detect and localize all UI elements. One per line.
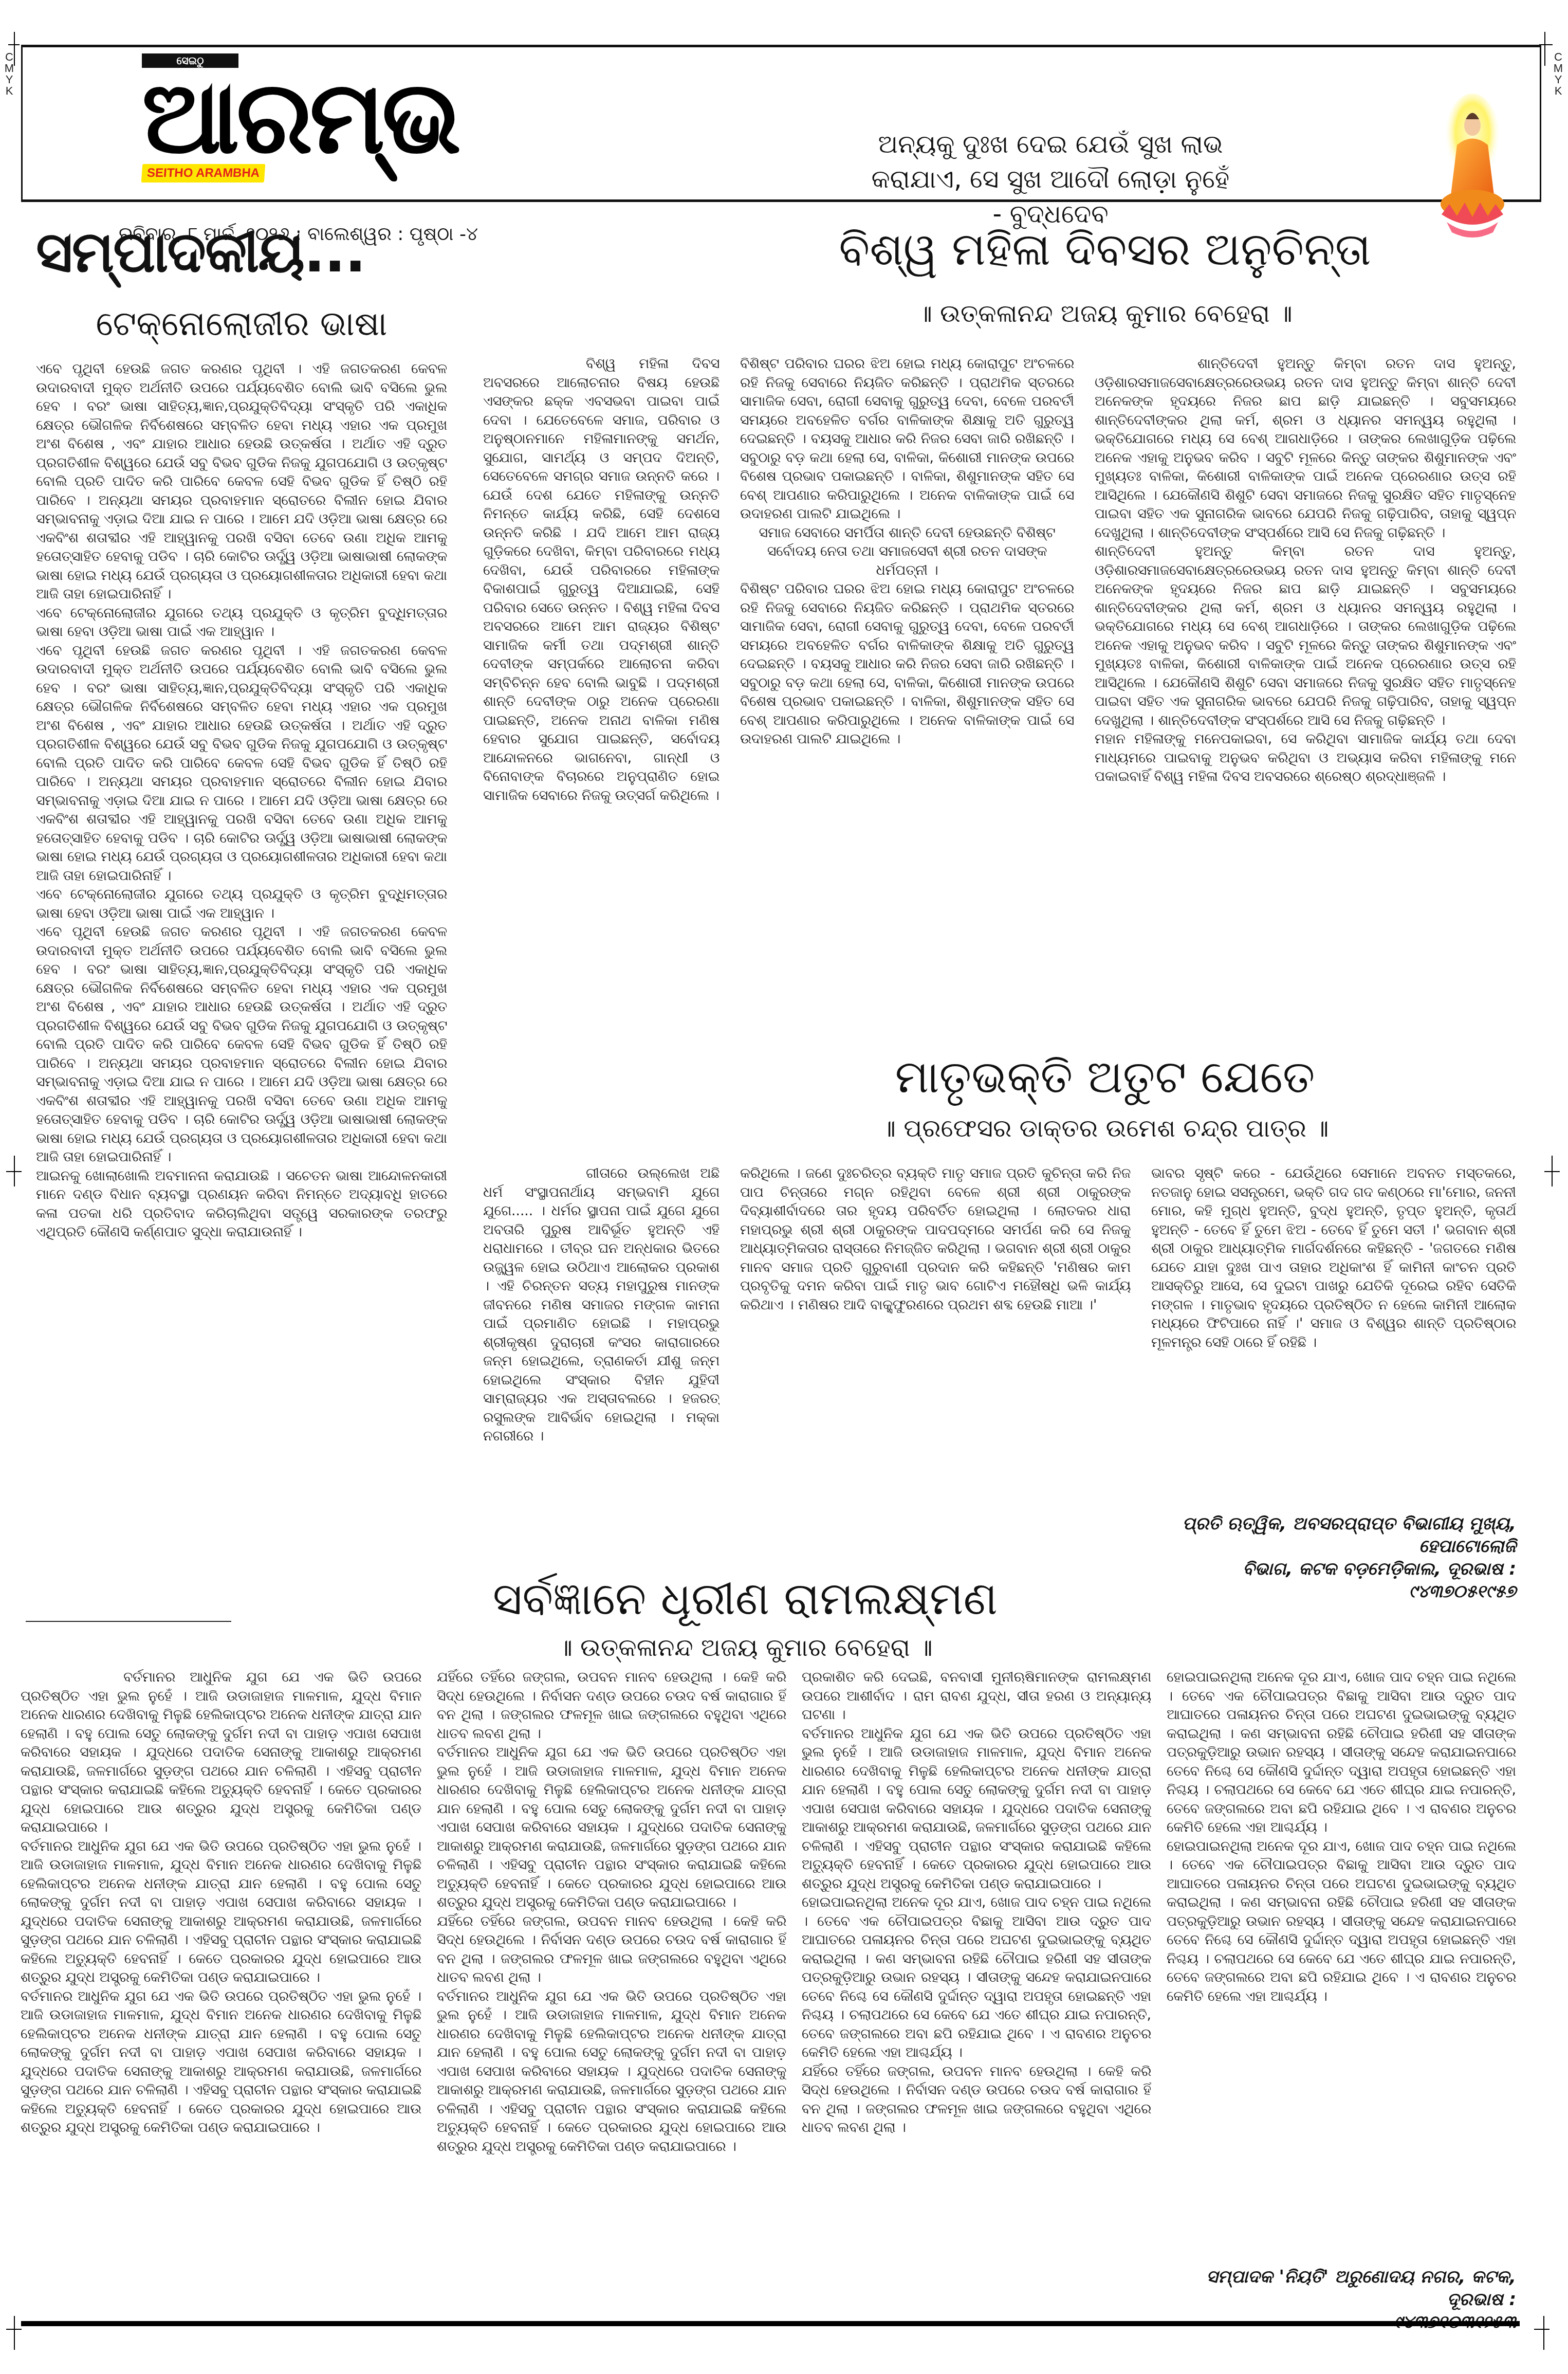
paragraph: ଯହିଁରେ ତହିଁରେ ଜଙ୍ଗଲ, ଉପବନ ମାନବ ହେଉଥିଲା ।…: [437, 1912, 786, 1987]
paragraph: ସମାଜ ସେବାରେ ସମର୍ପିତା ଶାନ୍ତି ଦେବୀ ହେଉଛନ୍ତ…: [740, 524, 1074, 580]
page-bottom-rule: [21, 2321, 1520, 2326]
crop-mark: [1544, 32, 1545, 66]
womens-day-col-3: ଶାନ୍ତିଦେବୀ ହୁଅନ୍ତୁ କିମ୍ବା ରତନ ଦାସ ହୁଅନ୍ତ…: [1095, 355, 1516, 1044]
signature-line: ପ୍ରତି ଋତ୍ୱିକ, ଅବସରପ୍ରାପ୍ତ ବିଭାଗୀୟ ମୁଖ୍ୟ,…: [1151, 1512, 1516, 1558]
cmyk-mark: CMYK: [4, 51, 14, 97]
headline-womens-day: ବିଶ୍ୱ ମହିଳା ଦିବସର ଅନୁଚିନ୍ତା: [668, 221, 1542, 278]
paragraph: ଏବେ ଟେକ୍ନୋଲୋଜୀର ଯୁଗରେ ତଥ୍ୟ ପ୍ରଯୁକ୍ତି ଓ କ…: [36, 604, 447, 642]
paragraph: ପ୍ରକାଶିତ କରି ଦେଇଛି, ବନବାସୀ ମୁନୀଋଷିମାନଙ୍କ…: [802, 1668, 1151, 1725]
quote-line: ଅନ୍ୟକୁ ଦୁଃଖ ଦେଇ ଯେଉଁ ସୁଖ ଲାଭ: [691, 127, 1410, 162]
editorial-body: ଏବେ ପୃଥିବୀ ହେଉଛି ଜଗତ କରଣର ପୃଥିବୀ । ଏହି ଜ…: [36, 360, 447, 1537]
paragraph: ଏବେ ପୃଥିବୀ ହେଉଛି ଜଗତ କରଣର ପୃଥିବୀ । ଏହି ଜ…: [36, 360, 447, 604]
paragraph: ଶାନ୍ତିଦେବୀ ହୁଅନ୍ତୁ କିମ୍ବା ରତନ ଦାସ ହୁଅନ୍ତ…: [1095, 542, 1516, 730]
paragraph: ହୋଇପାଇନଥିଲା ଅନେକ ଦୂର ଯାଏ, ଖୋଜ ପାଦ ଚହ୍ନ ପ…: [1167, 1837, 1516, 2006]
paragraph: ବର୍ତମାନର ଆଧୁନିକ ଯୁଗ ଯେ ଏକ ଭିତି ଉପରେ ପ୍ରତ…: [437, 1987, 786, 2157]
headline-ramalakshmana: ସର୍ବଜ୍ଞାନେ ଧୂରୀଣ ରାମଲକ୍ଷ୍ମଣ: [360, 1571, 1131, 1627]
womens-day-col-2: ବିଶିଷ୍ଟ ପରିବାର ଘରର ଝିଅ ହୋଇ ମଧ୍ୟ କୋରାପୁଟ …: [740, 355, 1074, 1033]
paragraph: ଏବେ ଟେକ୍ନୋଲୋଜୀର ଯୁଗରେ ତଥ୍ୟ ପ୍ରଯୁକ୍ତି ଓ କ…: [36, 885, 447, 923]
editorial-title: ଟେକ୍ନୋଲୋଜୀର ଭାଷା: [26, 303, 457, 344]
logo-wordmark: ଆରମ୍ଭ: [142, 64, 458, 172]
paragraph: ଗୀତାରେ ଉଲ୍ଲେଖ ଅଛି ଧର୍ମ ସଂସ୍ଥାପନାର୍ଥାୟ ସମ…: [483, 1164, 720, 1446]
buddha-image: [1434, 94, 1511, 243]
editorial-end-rule: [26, 1621, 231, 1622]
signature-line: ବିଭାଗ, କଟକ ବଡ଼ମେଡ଼ିକାଲ, ଦୂରଭାଷ :: [1151, 1558, 1516, 1580]
buddha-quote: ଅନ୍ୟକୁ ଦୁଃଖ ଦେଇ ଯେଉଁ ସୁଖ ଲାଭ କରାଯାଏ, ସେ …: [691, 127, 1410, 232]
crop-mark: [6, 1171, 22, 1172]
paragraph: ବର୍ତମାନର ଆଧୁନିକ ଯୁଗ ଯେ ଏକ ଭିତି ଉପରେ ପ୍ରତ…: [437, 1743, 786, 1912]
paragraph: ବିଶିଷ୍ଟ ପରିବାର ଘରର ଝିଅ ହୋଇ ମଧ୍ୟ କୋରାପୁଟ …: [740, 580, 1074, 749]
paragraph: ବିଶ୍ୱ ମହିଳା ଦିବସ ଅବସରରେ ଆଲୋଚନାର ବିଷୟ ହେଉ…: [483, 355, 720, 805]
paragraph: କରିଥିଲେ । ଜଣେ ଦୁଃଚରିତ୍ର ବ୍ୟକ୍ତି ମାତୃ ସମା…: [740, 1164, 1131, 1314]
womens-day-col-1: ବିଶ୍ୱ ମହିଳା ଦିବସ ଅବସରରେ ଆଲୋଚନାର ବିଷୟ ହେଉ…: [483, 355, 720, 1033]
newspaper-logo: ସେଇଠୁ ଆରମ୍ଭ SEITHO ARAMBHA: [142, 53, 358, 187]
ramalakshmana-col-2: ଯହିଁରେ ତହିଁରେ ଜଙ୍ଗଲ, ଉପବନ ମାନବ ହେଉଥିଲା ।…: [437, 1668, 786, 2306]
byline-mother-devotion: ॥ ପ୍ରଫେସର ଡାକ୍ତର ଉମେଶ ଚନ୍ଦ୍ର ପାତ୍ର ॥: [668, 1113, 1542, 1144]
ramalakshmana-col-1: ବର୍ତମାନର ଆଧୁନିକ ଯୁଗ ଯେ ଏକ ଭିତି ଉପରେ ପ୍ରତ…: [21, 1668, 421, 2306]
quote-line: କରାଯାଏ, ସେ ସୁଖ ଆଦୌ ଲୋଡ଼ା ନୁହେଁ: [691, 162, 1410, 197]
paragraph: ହୋଇପାଇନଥିଲା ଅନେକ ଦୂର ଯାଏ, ଖୋଜ ପାଦ ଚହ୍ନ ପ…: [1167, 1668, 1516, 1837]
paragraph: ଏବେ ପୃଥିବୀ ହେଉଛି ଜଗତ କରଣର ପୃଥିବୀ । ଏହି ଜ…: [36, 642, 447, 886]
crop-mark: [14, 2316, 15, 2350]
signature-line: ସମ୍ପାଦକ 'ନିୟତି' ଅରୁଣୋଦୟ ନଗର, କଟକ, ଦୂରଭାଷ…: [1167, 2266, 1516, 2311]
paragraph: ମହାନ ମହିଳାଙ୍କୁ ମନେପକାଇବା, ସେ କରିଥିବା ସାମ…: [1095, 730, 1516, 787]
ramalakshmana-col-3: ପ୍ରକାଶିତ କରି ଦେଇଛି, ବନବାସୀ ମୁନୀଋଷିମାନଙ୍କ…: [802, 1668, 1151, 2306]
paragraph: ଶାନ୍ତିଦେବୀ ହୁଅନ୍ତୁ କିମ୍ବା ରତନ ଦାସ ହୁଅନ୍ତ…: [1095, 355, 1516, 542]
paragraph: ଯହିଁରେ ତହିଁରେ ଜଙ୍ଗଲ, ଉପବନ ମାନବ ହେଉଥିଲା ।…: [802, 2062, 1151, 2138]
paragraph: ଭାବର ସୃଷ୍ଟି କରେ - ଯେଉଁଥିରେ ସେମାନେ ଅବନତ ମ…: [1151, 1164, 1516, 1352]
mother-devotion-col-1: ଗୀତାରେ ଉଲ୍ଲେଖ ଅଛି ଧର୍ମ ସଂସ୍ଥାପନାର୍ଥାୟ ସମ…: [483, 1164, 720, 1591]
paragraph: ହୋଇପାଇନଥିଲା ଅନେକ ଦୂର ଯାଏ, ଖୋଜ ପାଦ ଚହ୍ନ ପ…: [802, 1893, 1151, 2062]
crop-mark: [1544, 1171, 1560, 1172]
ramalakshmana-col-4: ହୋଇପାଇନଥିଲା ଅନେକ ଦୂର ଯାଏ, ଖୋଜ ପାଦ ଚହ୍ନ ପ…: [1167, 1668, 1516, 2259]
byline-womens-day: ॥ ଉତ୍କଳାନନ୍ଦ ଅଜୟ କୁମାର ବେହେରା ॥: [668, 298, 1542, 329]
author-phone: ୯୪୩୭୦୫୧୯୫୭: [1151, 1580, 1516, 1603]
mother-devotion-col-3: ଭାବର ସୃଷ୍ଟି କରେ - ଯେଉଁଥିରେ ସେମାନେ ଅବନତ ମ…: [1151, 1164, 1516, 1493]
paragraph: ବର୍ତମାନର ଆଧୁନିକ ଯୁଗ ଯେ ଏକ ଭିତି ଉପରେ ପ୍ରତ…: [21, 1837, 421, 1987]
byline-ramalakshmana: ॥ ଉତ୍କଳାନନ୍ଦ ଅଜୟ କୁମାର ବେହେରା ॥: [360, 1632, 1131, 1663]
paragraph: ଯହିଁରେ ତହିଁରେ ଜଙ୍ଗଲ, ଉପବନ ମାନବ ହେଉଥିଲା ।…: [437, 1668, 786, 1743]
crop-mark: [1543, 2316, 1544, 2350]
cmyk-mark: CMYK: [1553, 51, 1563, 97]
paragraph: ବିଶିଷ୍ଟ ପରିବାର ଘରର ଝିଅ ହୋଇ ମଧ୍ୟ କୋରାପୁଟ …: [740, 355, 1074, 524]
crop-mark: [6, 2329, 22, 2330]
paragraph: ବର୍ତମାନର ଆଧୁନିକ ଯୁଗ ଯେ ଏକ ଭିତି ଉପରେ ପ୍ରତ…: [802, 1725, 1151, 1894]
section-title: ସମ୍ପାଦକୀୟ...: [36, 216, 365, 288]
crop-mark: [1534, 2329, 1549, 2330]
paragraph: ବର୍ତମାନର ଆଧୁନିକ ଯୁଗ ଯେ ଏକ ଭିତି ଉପରେ ପ୍ରତ…: [21, 1987, 421, 2138]
logo-english-tag: SEITHO ARAMBHA: [141, 164, 266, 182]
paragraph: ଆଇନକୁ ଖୋଲାଖୋଲି ଅବମାନନା କରାଯାଉଛି । ସଚେତନ …: [36, 1167, 447, 1242]
masthead: ସେଇଠୁ ଆରମ୍ଭ SEITHO ARAMBHA ରବିବାର, ୮ ମାର…: [21, 45, 1541, 202]
mother-devotion-col-2: କରିଥିଲେ । ଜଣେ ଦୁଃଚରିତ୍ର ବ୍ୟକ୍ତି ମାତୃ ସମା…: [740, 1164, 1131, 1591]
author-signature: ପ୍ରତି ଋତ୍ୱିକ, ଅବସରପ୍ରାପ୍ତ ବିଭାଗୀୟ ମୁଖ୍ୟ,…: [1151, 1512, 1516, 1603]
crop-mark: [8, 44, 20, 45]
paragraph: ବର୍ତମାନର ଆଧୁନିକ ଯୁଗ ଯେ ଏକ ଭିତି ଉପରେ ପ୍ରତ…: [21, 1668, 421, 1837]
paragraph: ଏବେ ପୃଥିବୀ ହେଉଛି ଜଗତ କରଣର ପୃଥିବୀ । ଏହି ଜ…: [36, 923, 447, 1167]
headline-mother-devotion: ମାତୃଭକ୍ତି ଅତୁଟ ଯେତେ: [668, 1049, 1542, 1105]
